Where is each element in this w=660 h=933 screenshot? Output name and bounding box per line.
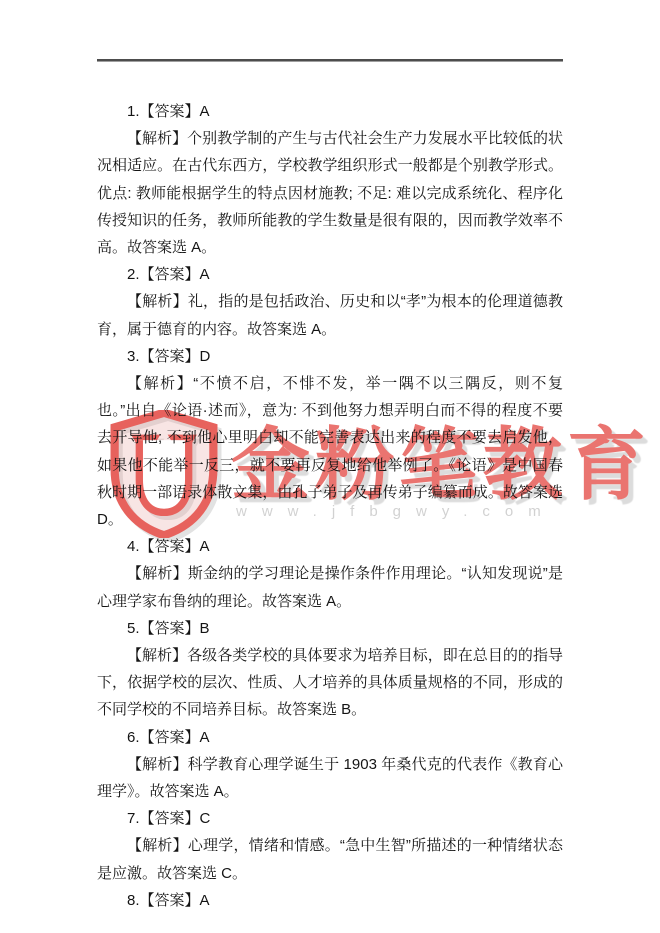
analysis-text: 【解析】心理学，情绪和情感。“急中生智”所描述的一种情绪状态是应激。故答案选 C…: [97, 832, 563, 886]
answer-item: 1.【答案】A 【解析】个别教学制的产生与古代社会生产力发展水平比较低的状况相适…: [97, 98, 563, 261]
answer-line: 2.【答案】A: [97, 261, 563, 288]
answer-line: 1.【答案】A: [97, 98, 563, 125]
answer-line: 4.【答案】A: [97, 533, 563, 560]
answer-line: 3.【答案】D: [97, 343, 563, 370]
analysis-text: 【解析】“不愤不启，不悱不发，举一隅不以三隅反，则不复也。”出自《论语·述而》，…: [97, 370, 563, 533]
analysis-text: 【解析】各级各类学校的具体要求为培养目标，即在总目的的指导下，依据学校的层次、性…: [97, 642, 563, 724]
answer-item: 5.【答案】B 【解析】各级各类学校的具体要求为培养目标，即在总目的的指导下，依…: [97, 615, 563, 724]
analysis-text: 【解析】个别教学制的产生与古代社会生产力发展水平比较低的状况相适应。在古代东西方…: [97, 125, 563, 261]
answer-line: 8.【答案】A: [97, 887, 563, 914]
header-divider: [97, 59, 563, 62]
answer-key-content: 1.【答案】A 【解析】个别教学制的产生与古代社会生产力发展水平比较低的状况相适…: [97, 98, 563, 914]
analysis-text: 【解析】斯金纳的学习理论是操作条件作用理论。“认知发现说”是心理学家布鲁纳的理论…: [97, 560, 563, 614]
answer-item: 3.【答案】D 【解析】“不愤不启，不悱不发，举一隅不以三隅反，则不复也。”出自…: [97, 343, 563, 533]
answer-item: 6.【答案】A 【解析】科学教育心理学诞生于 1903 年桑代克的代表作《教育心…: [97, 724, 563, 806]
analysis-text: 【解析】礼，指的是包括政治、历史和以“孝”为根本的伦理道德教育，属于德育的内容。…: [97, 288, 563, 342]
analysis-text: 【解析】科学教育心理学诞生于 1903 年桑代克的代表作《教育心理学》。故答案选…: [97, 751, 563, 805]
answer-line: 6.【答案】A: [97, 724, 563, 751]
answer-line: 5.【答案】B: [97, 615, 563, 642]
answer-item: 7.【答案】C 【解析】心理学，情绪和情感。“急中生智”所描述的一种情绪状态是应…: [97, 805, 563, 887]
answer-item: 2.【答案】A 【解析】礼，指的是包括政治、历史和以“孝”为根本的伦理道德教育，…: [97, 261, 563, 343]
answer-item: 8.【答案】A: [97, 887, 563, 914]
answer-line: 7.【答案】C: [97, 805, 563, 832]
answer-item: 4.【答案】A 【解析】斯金纳的学习理论是操作条件作用理论。“认知发现说”是心理…: [97, 533, 563, 615]
